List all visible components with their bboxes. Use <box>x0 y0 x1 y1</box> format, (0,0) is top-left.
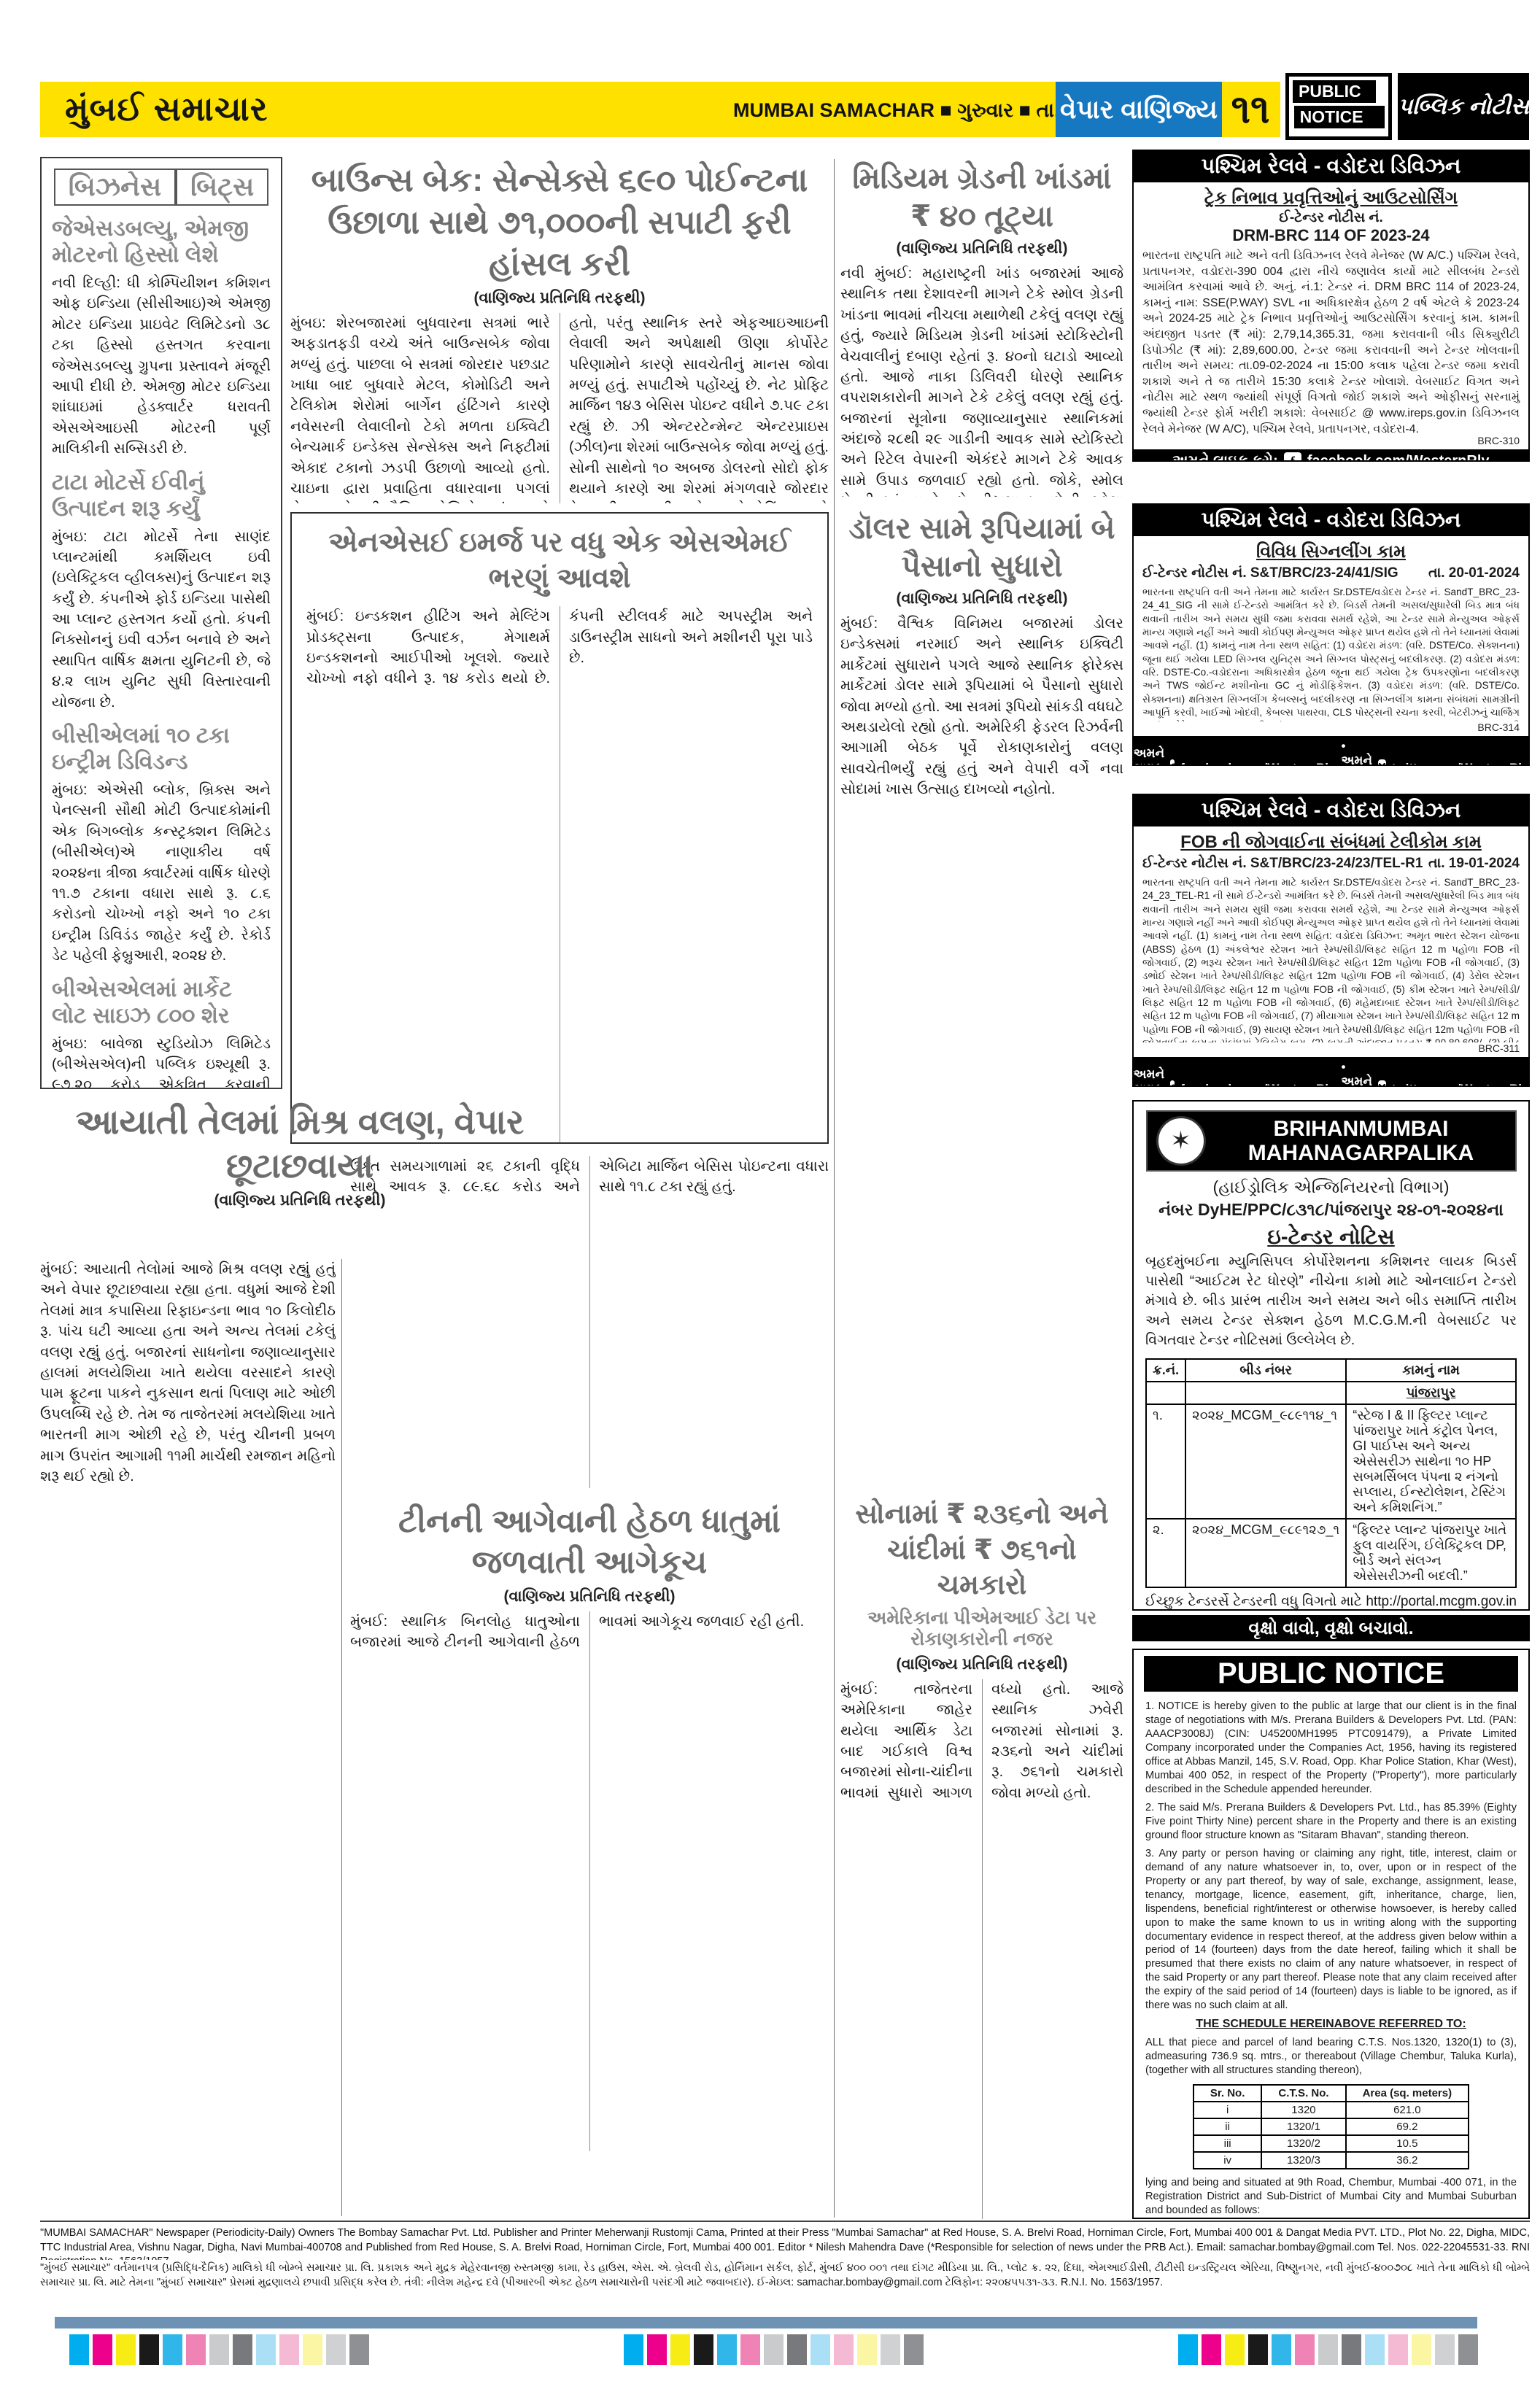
facebook-link[interactable]: facebook.com/WesternRly <box>1180 1082 1335 1087</box>
public-notice-flag-gu: પબ્લિક નોટીસ <box>1398 73 1529 140</box>
color-swatch <box>670 2334 690 2365</box>
notice-title: ટ્રેક નિભાવ પ્રવૃત્તિઓનું આઉટસોર્સિંગ <box>1134 182 1528 210</box>
color-swatch <box>811 2334 830 2365</box>
table-row: iv 1320/3 36.2 <box>1194 2152 1469 2169</box>
railway-tender-notice-2: પશ્ચિમ રેલવે - વડોદરા ડિવિઝન વિવિધ સિગ્ન… <box>1132 503 1530 766</box>
railway-header: પશ્ચિમ રેલવે - વડોદરા ડિવિઝન <box>1134 151 1528 182</box>
article-byline: (વાણિજ્ય પ્રતિનિધિ તરફથી) <box>840 236 1123 263</box>
column-rule <box>341 1259 342 2216</box>
color-swatch <box>1458 2334 1478 2365</box>
bit-body: મુંબઇ: ટાટા મોટર્સે તેના સાણંદ પ્લાન્ટમા… <box>52 527 271 713</box>
twitter-x-icon: X <box>1378 759 1386 766</box>
like-label: અમને લાઇક કરો: <box>1172 453 1277 462</box>
color-swatch <box>881 2334 900 2365</box>
notice-paragraph: 2. The said M/s. Prerana Builders & Deve… <box>1134 1799 1528 1845</box>
col-work: કામનું નામ <box>1346 1359 1516 1382</box>
schedule-heading: THE SCHEDULE HEREINABOVE REFERRED TO: <box>1134 2015 1528 2034</box>
bmc-crest-icon: ✶ <box>1156 1116 1206 1166</box>
article-headline: બાઉન્સ બેક: સેન્સેક્સે ૬૯૦ પોઈન્ટના ઉછાળ… <box>290 159 829 285</box>
cell-cts: 1320/3 <box>1261 2152 1345 2169</box>
article-headline: સોનામાં ₹ ૨૩૬નો અને ચાંદીમાં ₹ ૭૬૧નો ચમક… <box>840 1497 1123 1603</box>
public-notice-legal: PUBLIC NOTICE 1. NOTICE is hereby given … <box>1132 1649 1530 2219</box>
notice-body: ભારતના રાષ્ટ્રપતિ માટે અને વતી ડિવિઝનલ ર… <box>1134 245 1528 435</box>
notice-body: ભારતના રાષ્ટ્રપતિ વતી અને તેમના માટે કાર… <box>1134 873 1528 1042</box>
table-row: ૨. ૨૦૨૪_MCGM_૯૮૯૧૨૭_૧ “ફિલ્ટર પ્લાન્ટ પા… <box>1146 1519 1516 1587</box>
cell-sr: iv <box>1194 2152 1262 2169</box>
page-number: ૧૧ <box>1222 82 1279 137</box>
color-swatch <box>1342 2334 1361 2365</box>
color-swatch <box>1272 2334 1291 2365</box>
paper-logo: મુંબઈ સમાચાર <box>40 89 268 130</box>
bmc-number: નંબર DyHE/PPC/૮૩૧૮/પાંજરાપુર ૨૪-૦૧-૨૦૨૪ન… <box>1145 1197 1517 1220</box>
cell-area: 36.2 <box>1346 2152 1469 2169</box>
bit-headline: જેએસડબલ્યુ, એમજી મોટરનો હિસ્સો લેશે <box>52 216 271 268</box>
article-rupee: ડૉલર સામે રૂપિયામાં બે પૈસાનો સુધારો (વા… <box>840 509 1123 1490</box>
col-subheader: પાંજરાપુર <box>1346 1382 1516 1404</box>
notice-ref: BRC-310 <box>1134 435 1528 449</box>
business-bits-section: બિઝનેસ બિટ્સ જેએસડબલ્યુ, એમજી મોટરનો હિસ… <box>40 157 282 1089</box>
public-notice-title: PUBLIC NOTICE <box>1144 1656 1518 1692</box>
article-sugar: મિડિયમ ગ્રેડની ખાંડમાં ₹ ૪૦ તૂટ્યા (વાણિ… <box>840 159 1123 502</box>
color-swatch <box>349 2334 369 2365</box>
bit-headline: બીસીએલમાં ૧૦ ટકા ઇન્ટ્રીમ ડિવિડન્ડ <box>52 723 271 775</box>
follow-label: • અમને ફોલો કરો: <box>1341 739 1372 766</box>
cell-area: 621.0 <box>1346 2102 1469 2118</box>
color-swatch <box>740 2334 760 2365</box>
notice-paragraph: 1. NOTICE is hereby given to the public … <box>1134 1697 1528 1799</box>
notice-no: DRM-BRC 114 OF 2023-24 <box>1134 226 1528 245</box>
bit-headline: બીએસએલમાં માર્કેટ લોટ સાઇઝ ૮૦૦ શેર <box>52 977 271 1029</box>
article-byline: (વાણિજ્ય પ્રતિનિધિ તરફથી) <box>290 285 829 313</box>
cell-sr: iii <box>1194 2135 1262 2152</box>
article-headline: મિડિયમ ગ્રેડની ખાંડમાં ₹ ૪૦ તૂટ્યા <box>840 159 1123 236</box>
color-swatch <box>904 2334 924 2365</box>
imprint-gujarati: "મુંબઈ સમાચાર" વર્તમાનપત્ર (પ્રસિદ્ધિ-દૈ… <box>40 2261 1530 2307</box>
article-body: મુંબઈ: સ્થાનિક બિનલોહ ધાતુઓના બજારમાં આજ… <box>350 1611 829 2151</box>
color-swatch <box>1178 2334 1198 2365</box>
like-label: અમને લાઇક કરો: <box>1134 1067 1165 1087</box>
article-body: નવી મુંબઈ: મહારાષ્ટ્રની ખાંડ બજારમાં આજે… <box>840 263 1123 497</box>
facebook-link[interactable]: facebook.com/WesternRly <box>1180 761 1335 766</box>
color-swatch <box>186 2334 206 2365</box>
color-swatch <box>116 2334 136 2365</box>
color-swatch <box>1295 2334 1315 2365</box>
cell-work: “સ્ટેજ I & II ફિલ્ટર પ્લાન્ટ પાંજરાપુર ખ… <box>1346 1404 1516 1519</box>
article-headline: આયાતી તેલમાં મિશ્ર વલણ, વેપાર છૂટાછવાયા <box>40 1100 560 1188</box>
color-swatch <box>233 2334 252 2365</box>
color-swatch <box>787 2334 807 2365</box>
cell-area: 10.5 <box>1346 2135 1469 2152</box>
article-nse-emerge: એનએસઈ ઇમર્જ પર વધુ એક એસએમઈ ભરણું આવશે મ… <box>290 512 829 1144</box>
facebook-icon: f <box>1170 1080 1175 1087</box>
bmc-title: ઇ-ટેન્ડર નોટિસ <box>1145 1220 1517 1253</box>
cell-sr: ૧. <box>1146 1404 1185 1519</box>
color-swatch <box>717 2334 737 2365</box>
cell-area: 69.2 <box>1346 2118 1469 2135</box>
color-calibration-bar <box>624 2334 924 2365</box>
public-notice-word-2: NOTICE <box>1294 106 1385 128</box>
color-swatch <box>1248 2334 1268 2365</box>
column-rule <box>834 159 835 2218</box>
color-swatch <box>1225 2334 1245 2365</box>
color-swatch <box>209 2334 229 2365</box>
article-oil-body: મુંબઈ: આયાતી તેલોમાં આજે મિશ્ર વલણ રહ્યુ… <box>40 1259 336 2216</box>
railway-tender-notice-1: પશ્ચિમ રેલવે - વડોદરા ડિવિઝન ટ્રેક નિભાવ… <box>1132 150 1530 462</box>
col-bid: બીડ નંબર <box>1185 1359 1346 1382</box>
public-notice-word-1: PUBLIC <box>1293 80 1376 103</box>
color-calibration-bar <box>69 2334 369 2365</box>
footer-blue-bar <box>55 2317 1477 2328</box>
article-gold: સોનામાં ₹ ૨૩૬નો અને ચાંદીમાં ₹ ૭૬૧નો ચમક… <box>840 1497 1123 2219</box>
bit-item: ટાટા મોટર્સે ઈવીનું ઉત્પાદન શરૂ કર્યું મ… <box>52 470 271 713</box>
schedule-table: Sr. No. C.T.S. No. Area (sq. meters) i 1… <box>1193 2084 1469 2169</box>
bmc-intro: બૃહદમુંબઈના મ્યુનિસિપલ કોર્પોરેશનના કમિશ… <box>1145 1253 1517 1351</box>
color-swatch <box>834 2334 854 2365</box>
color-swatch <box>303 2334 322 2365</box>
social-bar: અમને લાઇક કરો: f facebook.com/WesternRly… <box>1134 736 1528 766</box>
table-row: i 1320 621.0 <box>1194 2102 1469 2118</box>
color-swatch <box>857 2334 877 2365</box>
social-bar: અમને લાઇક કરો: f facebook.com/WesternRly <box>1134 449 1528 462</box>
notice-ref: BRC-311 <box>1134 1042 1528 1057</box>
bmc-org-line2: MAHANAGARPALIKA <box>1248 1141 1474 1165</box>
notice-body: ભારતના રાષ્ટ્રપતિ વતી અને તેમના માટે કાર… <box>1134 583 1528 721</box>
article-byline: (વાણિજ્ય પ્રતિનિધિ તરફથી) <box>840 586 1123 613</box>
article-kicker: અમેરિકાના પીએમઆઈ ડેટા પર રોકાણકારોની નજર <box>840 1603 1123 1652</box>
article-body: મુંબઈ: તાજેતરના અમેરિકાના જાહેર થયેલા આર… <box>840 1679 1123 2219</box>
col-cts: C.T.S. No. <box>1261 2085 1345 2102</box>
article-headline: એનએસઈ ઇમર્જ પર વધુ એક એસએમઈ ભરણું આવશે <box>306 525 813 596</box>
business-bits-title-right: બિટ્સ <box>176 169 268 206</box>
notice-ref: BRC-314 <box>1134 721 1528 736</box>
bit-body: મુંબઇ: બાવેજા સ્ટુડિયોઝ લિમિટેડ (બીએસએલ)… <box>52 1034 271 1089</box>
facebook-icon: f <box>1170 759 1175 766</box>
social-bar: અમને લાઇક કરો: f facebook.com/WesternRly… <box>1134 1057 1528 1087</box>
color-swatch <box>624 2334 643 2365</box>
color-swatch <box>1202 2334 1221 2365</box>
notice-date: તા. 19-01-2024 <box>1428 856 1520 872</box>
railway-header: પશ્ચિમ રેલવે - વડોદરા ડિવિઝન <box>1134 505 1528 536</box>
color-swatch <box>1318 2334 1338 2365</box>
business-bits-title-left: બિઝનેસ <box>54 169 176 206</box>
article-body: મુંબઇ: શેરબજારમાં બુધવારના સત્રમાં ભારે … <box>290 313 829 503</box>
cell-sr: ii <box>1194 2118 1262 2135</box>
follow-label: • અમને ફોલો કરો: <box>1341 1060 1372 1087</box>
color-swatch <box>1412 2334 1431 2365</box>
facebook-icon: f <box>1284 452 1301 462</box>
cell-cts: 1320 <box>1261 2102 1345 2118</box>
imprint-english: "MUMBAI SAMACHAR" Newspaper (Periodicity… <box>40 2226 1530 2260</box>
slogan-bar: વૃક્ષો વાવો, વૃક્ષો બચાવો. <box>1132 1615 1530 1641</box>
notice-no-label: ઈ-ટેન્ડર નોટીસ નં. <box>1134 210 1528 226</box>
cell-sr: i <box>1194 2102 1262 2118</box>
table-row: ૧. ૨૦૨૪_MCGM_૯૮૯૧૧૪_૧ “સ્ટેજ I & II ફિલ્… <box>1146 1404 1516 1519</box>
bit-body: મુંબઇ: એએસી બ્લોક, બ્રિક્સ અને પેનલ્સની … <box>52 780 271 967</box>
article-byline: (વાણિજ્ય પ્રતિનિધિ તરફથી) <box>40 1188 560 1215</box>
article-body: મુંબઈ: ઇન્ડકશન હીટિંગ અને મેલ્ટિંગ પ્રોડ… <box>306 606 813 1144</box>
bit-headline: ટાટા મોટર્સે ઈવીનું ઉત્પાદન શરૂ કર્યું <box>52 470 271 522</box>
color-swatch <box>647 2334 667 2365</box>
bmc-department: (હાઈડ્રોલિક એન્જિનિયરનો વિભાગ) <box>1145 1172 1517 1197</box>
cell-cts: 1320/2 <box>1261 2135 1345 2152</box>
notice-date: તા. 20-01-2024 <box>1428 565 1520 581</box>
color-calibration-bar <box>1178 2334 1478 2365</box>
table-row: ii 1320/1 69.2 <box>1194 2118 1469 2135</box>
table-row: iii 1320/2 10.5 <box>1194 2135 1469 2152</box>
color-swatch <box>1435 2334 1455 2365</box>
twitter-link[interactable]: twitter.com/WesternRly <box>1392 1082 1529 1087</box>
color-swatch <box>279 2334 299 2365</box>
bmc-org-line1: BRIHANMUMBAI <box>1274 1117 1449 1141</box>
cell-bid: ૨૦૨૪_MCGM_૯૮૯૧૧૪_૧ <box>1185 1404 1346 1519</box>
bit-item: જેએસડબલ્યુ, એમજી મોટરનો હિસ્સો લેશે નવી … <box>52 216 271 460</box>
color-swatch <box>256 2334 276 2365</box>
col-sr: ક્ર.નં. <box>1146 1359 1185 1382</box>
section-label: વેપાર વાણિજ્ય <box>1056 82 1222 137</box>
color-swatch <box>93 2334 112 2365</box>
like-label: અમને લાઇક કરો: <box>1134 746 1165 766</box>
color-swatch <box>694 2334 713 2365</box>
public-notice-flag-en: PUBLIC NOTICE <box>1285 73 1392 140</box>
notice-paragraph: 3. Any party or person having or claimin… <box>1134 1845 1528 2016</box>
business-bits-title: બિઝનેસ બિટ્સ <box>52 169 271 206</box>
notice-title: FOB ની જોગવાઈના સંબંધમાં ટેલીકોમ કામ <box>1134 826 1528 854</box>
color-swatch <box>764 2334 784 2365</box>
facebook-link[interactable]: facebook.com/WesternRly <box>1307 453 1490 462</box>
bmc-tender-table: ક્ર.નં. બીડ નંબર કામનું નામ પાંજરાપુર ૧.… <box>1145 1358 1517 1588</box>
bit-item: બીએસએલમાં માર્કેટ લોટ સાઇઝ ૮૦૦ શેર મુંબઇ… <box>52 977 271 1089</box>
color-swatch <box>163 2334 182 2365</box>
color-swatch <box>139 2334 159 2365</box>
article-tin: ટીનની આગેવાની હેઠળ ધાતુમાં જળવાતી આગેકૂચ… <box>350 1501 829 2218</box>
bmc-note: ઈચ્છુક ટેન્ડરર્સે ટેન્ડરની વધુ વિગતો માટ… <box>1145 1592 1517 1611</box>
bit-item: બીસીએલમાં ૧૦ ટકા ઇન્ટ્રીમ ડિવિડન્ડ મુંબઇ… <box>52 723 271 967</box>
newspaper-page: મુંબઈ સમાચાર MUMBAI SAMACHAR ■ ગુરુવાર ■… <box>0 0 1532 2408</box>
schedule-intro: ALL that piece and parcel of land bearin… <box>1134 2034 1528 2080</box>
color-swatch <box>69 2334 89 2365</box>
bmc-logo-bar: ✶ BRIHANMUMBAI MAHANAGARPALIKA <box>1146 1110 1517 1172</box>
col-area: Area (sq. meters) <box>1346 2085 1469 2102</box>
article-body: મુંબઈ: વૈશ્વિક વિનિમય બજારમાં ડોલર ઇન્ડે… <box>840 613 1123 1460</box>
color-swatch <box>326 2334 346 2365</box>
notice-title: વિવિધ સિગ્નલીંગ કામ <box>1134 536 1528 564</box>
situated-paragraph: lying and being and situated at 9th Road… <box>1134 2174 1528 2219</box>
notice-no: ઈ-ટેન્ડર નોટીસ નં. S&T/BRC/23-24/41/SIG <box>1142 565 1398 581</box>
article-byline: (વાણિજ્ય પ્રતિનિધિ તરફથી) <box>350 1584 829 1611</box>
twitter-x-icon: X <box>1378 1080 1386 1087</box>
cell-bid: ૨૦૨૪_MCGM_૯૮૯૧૨૭_૧ <box>1185 1519 1346 1587</box>
article-oil: આયાતી તેલમાં મિશ્ર વલણ, વેપાર છૂટાછવાયા … <box>40 1100 560 1253</box>
cell-sr: ૨. <box>1146 1519 1185 1587</box>
article-headline: ટીનની આગેવાની હેઠળ ધાતુમાં જળવાતી આગેકૂચ <box>350 1501 829 1584</box>
bmc-tender-notice: ✶ BRIHANMUMBAI MAHANAGARPALIKA (હાઈડ્રોલ… <box>1132 1100 1530 1611</box>
article-headline: ડૉલર સામે રૂપિયામાં બે પૈસાનો સુધારો <box>840 509 1123 586</box>
color-swatch <box>1365 2334 1385 2365</box>
color-swatch <box>1388 2334 1408 2365</box>
railway-tender-notice-3: પશ્ચિમ રેલવે - વડોદરા ડિવિઝન FOB ની જોગવ… <box>1132 794 1530 1087</box>
article-sensex: બાઉન્સ બેક: સેન્સેક્સે ૬૯૦ પોઈન્ટના ઉછાળ… <box>290 159 829 503</box>
twitter-link[interactable]: twitter.com/WesternRly <box>1392 761 1529 766</box>
cell-cts: 1320/1 <box>1261 2118 1345 2135</box>
bit-body: નવી દિલ્હી: ધી કોમ્પિયીશન કમિશન ઓફ ઇન્ડિ… <box>52 273 271 460</box>
col-sr: Sr. No. <box>1194 2085 1262 2102</box>
cell-work: “ફિલ્ટર પ્લાન્ટ પાંજરાપુર ખાતે ફુલ વાયરિ… <box>1346 1519 1516 1587</box>
railway-header: પશ્ચિમ રેલવે - વડોદરા ડિવિઝન <box>1134 795 1528 826</box>
article-byline: (વાણિજ્ય પ્રતિનિધિ તરફથી) <box>840 1652 1123 1679</box>
footer-rule <box>40 2221 1530 2222</box>
notice-no: ઈ-ટેન્ડર નોટીસ નં. S&T/BRC/23-24/23/TEL-… <box>1142 856 1423 872</box>
